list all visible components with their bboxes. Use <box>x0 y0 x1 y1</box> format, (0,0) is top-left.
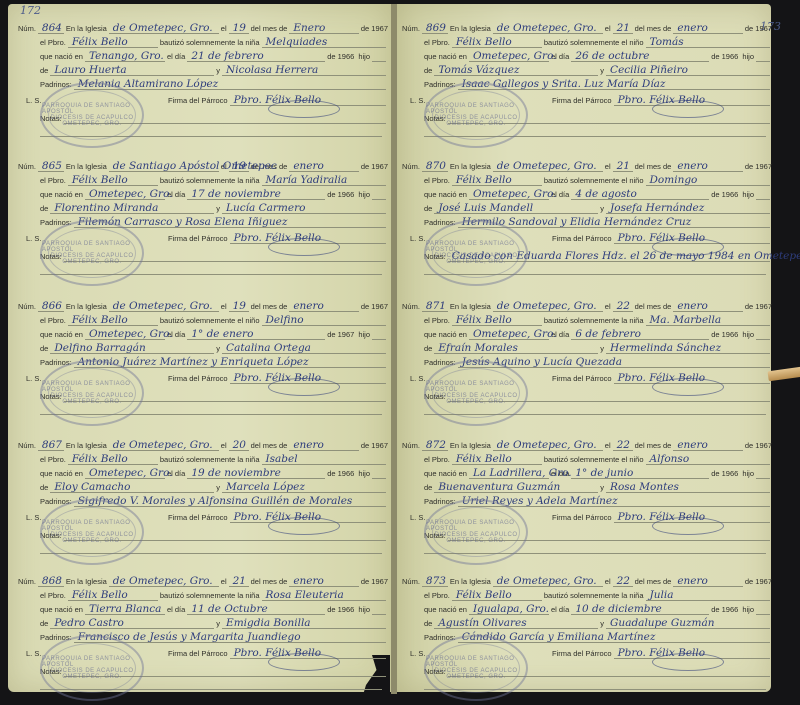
father-field: Agustín Olivares <box>434 618 598 629</box>
birthdate-field: 6 de febrero <box>571 329 709 340</box>
day-value: 21 <box>617 161 630 171</box>
priest-field: Félix Bello <box>452 590 542 601</box>
label-num: Núm. <box>402 302 420 312</box>
label-born-in: que nació en <box>40 52 83 62</box>
label-ls: L. S. <box>410 513 425 523</box>
bookmark-strip <box>767 367 800 382</box>
label-and: y <box>600 66 604 76</box>
mother-name: Catalina Ortega <box>226 343 311 353</box>
mother-name: Marcela López <box>226 482 305 492</box>
label-month: del mes de <box>251 302 288 312</box>
label-priest: el Pbro. <box>424 176 450 186</box>
label-and: y <box>600 619 604 629</box>
day-value: 19 <box>233 301 246 311</box>
label-month: del mes de <box>635 577 672 587</box>
entry-number: 865 <box>42 161 62 171</box>
day-field: 22 <box>613 576 633 587</box>
label-ls: L. S. <box>26 374 41 384</box>
stamp-text-1: PARROQUIA DE SANTIAGO APOSTOL <box>426 520 526 532</box>
child-field: Ma. Marbella <box>646 315 770 326</box>
entry-number-field: 865 <box>38 161 64 172</box>
birth-year-value: de 1966 <box>711 52 738 62</box>
book-gutter <box>391 4 397 694</box>
entry-number: 873 <box>426 576 446 586</box>
month-field: enero <box>673 440 743 451</box>
church-field: de Ometepec, Gro. <box>493 440 603 451</box>
stamp-text-2: DIOCESIS DE ACAPULCO <box>50 393 133 399</box>
child-field: Domingo <box>646 175 770 186</box>
label-priest: el Pbro. <box>40 176 66 186</box>
birth-year-value: de 1967 <box>327 330 354 340</box>
month-value: enero <box>677 440 708 450</box>
month-value: Enero <box>293 23 325 33</box>
birthdate-value: 10 de diciembre <box>575 604 661 614</box>
rule <box>372 329 386 340</box>
label-month: del mes de <box>251 577 288 587</box>
day-field: 20 <box>229 440 249 451</box>
child-name: Delfino <box>266 315 304 325</box>
stamp-text-1: PARROQUIA DE SANTIAGO APOSTOL <box>426 656 526 668</box>
month-value: enero <box>677 301 708 311</box>
label-of: de <box>424 204 432 214</box>
birthdate-value: 17 de noviembre <box>191 189 280 199</box>
birthplace-value: Ometepec, Gro. <box>473 51 557 61</box>
label-and: y <box>216 66 220 76</box>
day-field: 21 <box>229 576 249 587</box>
label-church: En la Iglesia <box>66 577 107 587</box>
priest-value: Félix Bello <box>456 175 512 185</box>
rule <box>372 51 386 62</box>
priest-field: Félix Bello <box>452 37 542 48</box>
label-ls: L. S. <box>26 234 41 244</box>
day-field: 22 <box>613 440 633 451</box>
birthdate-value: 6 de febrero <box>575 329 641 339</box>
birth-year-value: de 1966 <box>711 190 738 200</box>
birthdate-field: 11 de Octubre <box>187 604 325 615</box>
day-field: 19 <box>229 23 249 34</box>
birth-year-value: de 1966 <box>711 469 738 479</box>
birthdate-field: 1° de junio <box>571 468 709 479</box>
mother-name: Guadalupe Guzmán <box>610 618 714 628</box>
father-field: Tomás Vázquez <box>434 65 598 76</box>
father-field: Buenaventura Guzmán <box>434 482 598 493</box>
mother-field: Guadalupe Guzmán <box>606 618 770 629</box>
father-name: Florentino Miranda <box>54 203 158 213</box>
label-of: de <box>40 344 48 354</box>
stamp-text-1: PARROQUIA DE SANTIAGO APOSTOL <box>42 381 142 393</box>
father-name: José Luis Mandell <box>438 203 533 213</box>
year-value: de 1967 <box>745 441 772 451</box>
entry-number: 864 <box>42 23 62 33</box>
label-church: En la Iglesia <box>450 24 491 34</box>
baptism-entry: Núm. 873 En la Iglesia de Ometepec, Gro.… <box>402 563 772 703</box>
label-and: y <box>216 483 220 493</box>
church-value: de Ometepec, Gro. <box>113 23 213 33</box>
church-field: de Ometepec, Gro. <box>109 301 219 312</box>
month-field: enero <box>289 576 359 587</box>
label-day: el <box>605 441 611 451</box>
priest-value: Félix Bello <box>72 315 128 325</box>
label-month: del mes de <box>635 302 672 312</box>
church-value: de Ometepec, Gro. <box>497 161 597 171</box>
label-baptized: bautizó solemnemente el niño <box>544 455 644 465</box>
father-field: Lauro Huerta <box>50 65 214 76</box>
church-value: de Ometepec, Gro. <box>497 576 597 586</box>
label-priest: el Pbro. <box>40 38 66 48</box>
church-value: de Ometepec, Gro. <box>113 301 213 311</box>
label-son-of: hijo <box>742 190 754 200</box>
mother-name: Josefa Hernández <box>610 203 704 213</box>
church-field: de Ometepec, Gro. <box>109 23 219 34</box>
mother-name: Lucía Carmero <box>226 203 305 213</box>
baptism-entry: Núm. 864 En la Iglesia de Ometepec, Gro.… <box>18 10 388 150</box>
mother-name: Cecilia Piñeiro <box>610 65 688 75</box>
label-signature: Firma del Párroco <box>168 234 228 244</box>
month-value: enero <box>293 161 324 171</box>
church-field: de Ometepec, Gro. <box>109 576 219 587</box>
birth-year-value: de 1966 <box>327 190 354 200</box>
child-field: Melquiades <box>262 37 386 48</box>
label-and: y <box>216 619 220 629</box>
stamp-text-2: DIOCESIS DE ACAPULCO <box>50 532 133 538</box>
month-field: enero <box>289 301 359 312</box>
label-day: el <box>221 577 227 587</box>
label-and: y <box>216 204 220 214</box>
label-day: el <box>605 302 611 312</box>
label-ls: L. S. <box>410 649 425 659</box>
mother-field: Lucía Carmero <box>222 203 386 214</box>
church-field: de Ometepec, Gro. <box>493 23 603 34</box>
label-baptized: bautizó solemnemente el niño <box>544 38 644 48</box>
priest-value: Félix Bello <box>456 590 512 600</box>
label-of: de <box>424 483 432 493</box>
month-field: enero <box>289 161 359 172</box>
label-son-of: hijo <box>358 330 370 340</box>
label-signature: Firma del Párroco <box>168 374 228 384</box>
label-num: Núm. <box>18 577 36 587</box>
label-priest: el Pbro. <box>424 455 450 465</box>
month-value: enero <box>677 23 708 33</box>
label-of: de <box>40 204 48 214</box>
label-baptized: bautizó solemnemente la niña <box>160 176 260 186</box>
parish-seal-stamp: PARROQUIA DE SANTIAGO APOSTOL DIOCESIS D… <box>40 360 144 426</box>
stamp-text-2: DIOCESIS DE ACAPULCO <box>50 253 133 259</box>
entry-number: 868 <box>42 576 62 586</box>
birth-year-value: de 1966 <box>327 605 354 615</box>
birthdate-value: 1° de junio <box>575 468 633 478</box>
rule <box>756 329 770 340</box>
stamp-text-3: OMETEPEC, GRO. <box>62 121 121 127</box>
label-signature: Firma del Párroco <box>552 513 612 523</box>
label-baptized: bautizó solemnemente la niña <box>160 38 260 48</box>
parish-seal-stamp: PARROQUIA DE SANTIAGO APOSTOL DIOCESIS D… <box>424 499 528 565</box>
priest-field: Félix Bello <box>68 315 158 326</box>
child-field: Rosa Eleuteria <box>262 590 386 601</box>
entry-number-field: 867 <box>38 440 64 451</box>
day-value: 22 <box>617 576 630 586</box>
birthdate-field: 10 de diciembre <box>571 604 709 615</box>
label-ls: L. S. <box>410 96 425 106</box>
label-day: el <box>605 577 611 587</box>
birthplace-field: Ometepec, Gro. <box>469 51 549 62</box>
birthplace-value: La Ladrillera, Gro. <box>473 468 572 478</box>
rule <box>756 468 770 479</box>
label-born-in: que nació en <box>40 190 83 200</box>
rule <box>756 189 770 200</box>
label-ls: L. S. <box>26 649 41 659</box>
child-name: Julia <box>650 590 674 600</box>
label-born-in: que nació en <box>40 469 83 479</box>
stamp-text-1: PARROQUIA DE SANTIAGO APOSTOL <box>42 520 142 532</box>
label-church: En la Iglesia <box>450 577 491 587</box>
mother-field: Emigdia Bonilla <box>222 618 386 629</box>
child-name: Isabel <box>266 454 298 464</box>
birthplace-field: Ometepec, Gro. <box>85 189 165 200</box>
stamp-text-2: DIOCESIS DE ACAPULCO <box>434 532 517 538</box>
mother-field: Rosa Montes <box>606 482 770 493</box>
label-month: del mes de <box>635 162 672 172</box>
entry-number-field: 873 <box>422 576 448 587</box>
label-son-of: hijo <box>358 52 370 62</box>
child-name: Domingo <box>650 175 698 185</box>
label-signature: Firma del Párroco <box>552 96 612 106</box>
label-of: de <box>424 66 432 76</box>
mother-name: Nicolasa Herrera <box>226 65 318 75</box>
church-field: de Ometepec, Gro. <box>109 440 219 451</box>
day-field: 19 <box>229 301 249 312</box>
stamp-text-2: DIOCESIS DE ACAPULCO <box>434 253 517 259</box>
label-of: de <box>40 619 48 629</box>
birthdate-value: 4 de agosto <box>575 189 637 199</box>
parish-seal-stamp: PARROQUIA DE SANTIAGO APOSTOL DIOCESIS D… <box>40 82 144 148</box>
label-on-day: el día <box>167 605 185 615</box>
day-value: 21 <box>233 576 246 586</box>
baptism-entry: Núm. 867 En la Iglesia de Ometepec, Gro.… <box>18 427 388 567</box>
label-son-of: hijo <box>358 605 370 615</box>
entry-number-field: 871 <box>422 301 448 312</box>
label-and: y <box>600 204 604 214</box>
label-signature: Firma del Párroco <box>552 234 612 244</box>
parish-seal-stamp: PARROQUIA DE SANTIAGO APOSTOL DIOCESIS D… <box>40 635 144 701</box>
label-num: Núm. <box>402 441 420 451</box>
stamp-text-3: OMETEPEC, GRO. <box>446 538 505 544</box>
priest-value: Félix Bello <box>72 590 128 600</box>
entry-number-field: 868 <box>38 576 64 587</box>
birthplace-value: Ometepec, Gro. <box>89 329 173 339</box>
priest-field: Félix Bello <box>68 175 158 186</box>
label-baptized: bautizó solemnemente la niña <box>544 591 644 601</box>
label-num: Núm. <box>18 302 36 312</box>
stamp-text-2: DIOCESIS DE ACAPULCO <box>50 668 133 674</box>
label-month: del mes de <box>251 441 288 451</box>
label-num: Núm. <box>18 441 36 451</box>
day-field: 22 <box>613 301 633 312</box>
priest-value: Félix Bello <box>456 37 512 47</box>
day-value: 20 <box>233 440 246 450</box>
mother-field: Josefa Hernández <box>606 203 770 214</box>
stamp-text-2: DIOCESIS DE ACAPULCO <box>434 115 517 121</box>
child-field: María Yadiralia <box>262 175 386 186</box>
label-signature: Firma del Párroco <box>168 649 228 659</box>
stamp-text-3: OMETEPEC, GRO. <box>62 674 121 680</box>
baptism-entry: Núm. 870 En la Iglesia de Ometepec, Gro.… <box>402 148 772 288</box>
priest-field: Félix Bello <box>68 590 158 601</box>
stamp-text-1: PARROQUIA DE SANTIAGO APOSTOL <box>426 103 526 115</box>
birth-year-value: de 1966 <box>711 605 738 615</box>
father-name: Tomás Vázquez <box>438 65 519 75</box>
year-value: de 1967 <box>361 302 388 312</box>
birth-year-value: de 1966 <box>711 330 738 340</box>
label-born-in: que nació en <box>424 469 467 479</box>
label-month: del mes de <box>251 24 288 34</box>
year-value: de 1967 <box>361 162 388 172</box>
birthdate-value: 19 de noviembre <box>191 468 280 478</box>
child-name: Ma. Marbella <box>650 315 722 325</box>
label-ls: L. S. <box>26 96 41 106</box>
label-of: de <box>40 66 48 76</box>
entry-number-field: 866 <box>38 301 64 312</box>
label-of: de <box>424 619 432 629</box>
year-value: de 1967 <box>745 162 772 172</box>
father-name: Lauro Huerta <box>54 65 126 75</box>
priest-value: Félix Bello <box>456 454 512 464</box>
label-day: el <box>605 162 611 172</box>
entry-number-field: 869 <box>422 23 448 34</box>
stamp-text-2: DIOCESIS DE ACAPULCO <box>50 115 133 121</box>
year-value: de 1967 <box>361 577 388 587</box>
church-field: de Santiago Apóstol Ometepec <box>109 161 219 172</box>
year-value: de 1967 <box>745 24 772 34</box>
entry-number-field: 870 <box>422 161 448 172</box>
birthplace-field: La Ladrillera, Gro. <box>469 468 549 479</box>
father-name: Delfino Barragán <box>54 343 145 353</box>
day-field: 19 <box>229 161 249 172</box>
child-field: Julia <box>646 590 770 601</box>
label-priest: el Pbro. <box>424 316 450 326</box>
stamp-text-2: DIOCESIS DE ACAPULCO <box>434 393 517 399</box>
baptism-entry: Núm. 865 En la Iglesia de Santiago Apóst… <box>18 148 388 288</box>
mother-name: Rosa Montes <box>610 482 679 492</box>
father-field: Efraín Morales <box>434 343 598 354</box>
father-name: Eloy Camacho <box>54 482 130 492</box>
child-name: Tomás <box>650 37 684 47</box>
label-and: y <box>600 483 604 493</box>
birthdate-field: 1° de enero <box>187 329 325 340</box>
label-num: Núm. <box>18 162 36 172</box>
label-day: el <box>221 302 227 312</box>
mother-name: Hermelinda Sánchez <box>610 343 721 353</box>
month-value: enero <box>293 301 324 311</box>
label-priest: el Pbro. <box>424 38 450 48</box>
birthplace-field: Tenango, Gro. <box>85 51 165 62</box>
rule <box>372 468 386 479</box>
father-field: Eloy Camacho <box>50 482 214 493</box>
baptism-entry: Núm. 872 En la Iglesia de Ometepec, Gro.… <box>402 427 772 567</box>
stamp-text-1: PARROQUIA DE SANTIAGO APOSTOL <box>42 656 142 668</box>
church-value: de Ometepec, Gro. <box>113 576 213 586</box>
year-value: de 1967 <box>361 24 388 34</box>
label-born-in: que nació en <box>424 605 467 615</box>
label-and: y <box>600 344 604 354</box>
birthplace-value: Tenango, Gro. <box>89 51 164 61</box>
child-field: Delfino <box>262 315 386 326</box>
label-on-day: el día <box>551 605 569 615</box>
baptism-entry: Núm. 866 En la Iglesia de Ometepec, Gro.… <box>18 288 388 428</box>
priest-value: Félix Bello <box>456 315 512 325</box>
child-name: Alfonso <box>650 454 690 464</box>
month-field: enero <box>673 23 743 34</box>
stamp-text-1: PARROQUIA DE SANTIAGO APOSTOL <box>42 103 142 115</box>
stamp-text-2: DIOCESIS DE ACAPULCO <box>434 668 517 674</box>
stamp-text-3: OMETEPEC, GRO. <box>446 399 505 405</box>
birthplace-field: Ometepec, Gro. <box>469 189 549 200</box>
day-value: 22 <box>617 301 630 311</box>
month-value: enero <box>293 440 324 450</box>
child-name: Rosa Eleuteria <box>266 590 344 600</box>
stamp-text-1: PARROQUIA DE SANTIAGO APOSTOL <box>426 381 526 393</box>
label-signature: Firma del Párroco <box>168 513 228 523</box>
mother-field: Cecilia Piñeiro <box>606 65 770 76</box>
stamp-text-1: PARROQUIA DE SANTIAGO APOSTOL <box>426 241 526 253</box>
child-name: María Yadiralia <box>266 175 348 185</box>
church-field: de Ometepec, Gro. <box>493 161 603 172</box>
father-field: Delfino Barragán <box>50 343 214 354</box>
birthplace-value: Ometepec, Gro. <box>89 468 173 478</box>
birthplace-value: Ometepec, Gro. <box>89 189 173 199</box>
label-on-day: el día <box>167 52 185 62</box>
label-day: el <box>221 441 227 451</box>
month-field: enero <box>673 301 743 312</box>
label-son-of: hijo <box>358 190 370 200</box>
label-church: En la Iglesia <box>450 162 491 172</box>
child-field: Isabel <box>262 454 386 465</box>
mother-field: Catalina Ortega <box>222 343 386 354</box>
church-value: de Ometepec, Gro. <box>113 440 213 450</box>
year-value: de 1967 <box>745 577 772 587</box>
baptism-entry: Núm. 869 En la Iglesia de Ometepec, Gro.… <box>402 10 772 150</box>
label-son-of: hijo <box>358 469 370 479</box>
year-value: de 1967 <box>361 441 388 451</box>
label-son-of: hijo <box>742 469 754 479</box>
birthplace-field: Igualapa, Gro. <box>469 604 549 615</box>
label-born-in: que nació en <box>40 330 83 340</box>
stamp-text-3: OMETEPEC, GRO. <box>62 399 121 405</box>
priest-value: Félix Bello <box>72 37 128 47</box>
priest-field: Félix Bello <box>68 454 158 465</box>
birthdate-value: 1° de enero <box>191 329 253 339</box>
priest-field: Félix Bello <box>452 175 542 186</box>
church-field: de Ometepec, Gro. <box>493 301 603 312</box>
parish-seal-stamp: PARROQUIA DE SANTIAGO APOSTOL DIOCESIS D… <box>40 499 144 565</box>
entry-number-field: 872 <box>422 440 448 451</box>
day-value: 22 <box>617 440 630 450</box>
label-ls: L. S. <box>410 234 425 244</box>
church-value: de Ometepec, Gro. <box>497 301 597 311</box>
label-church: En la Iglesia <box>66 162 107 172</box>
priest-field: Félix Bello <box>452 315 542 326</box>
month-field: enero <box>673 576 743 587</box>
label-baptized: bautizó solemnemente la niña <box>160 591 260 601</box>
rule <box>372 604 386 615</box>
church-value: de Ometepec, Gro. <box>497 440 597 450</box>
birthplace-field: Ometepec, Gro. <box>85 468 165 479</box>
mother-name: Emigdia Bonilla <box>226 618 311 628</box>
birth-year-value: de 1966 <box>327 469 354 479</box>
label-ls: L. S. <box>410 374 425 384</box>
label-num: Núm. <box>18 24 36 34</box>
entry-number: 871 <box>426 301 446 311</box>
father-name: Pedro Castro <box>54 618 123 628</box>
